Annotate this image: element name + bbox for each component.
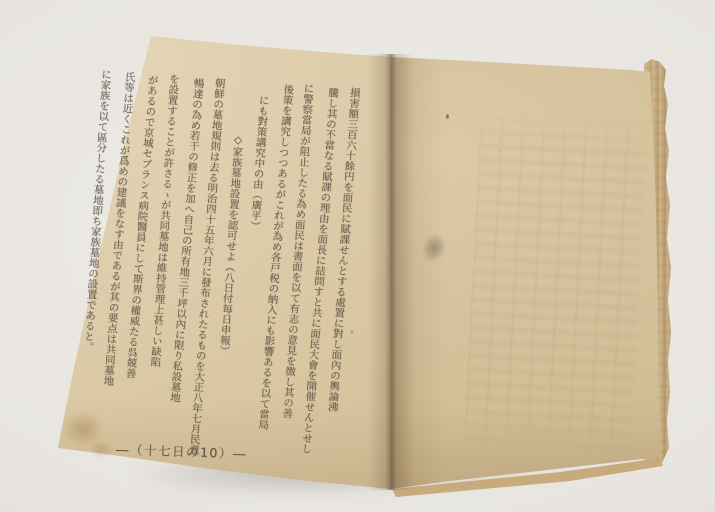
foxing-speck xyxy=(446,114,449,119)
ink-showthrough xyxy=(463,101,650,467)
manuscript-photo: 損害額三百六十餘円を面民に賦課せんとする處置に對し面內の輿論沸 騰し其の不當なる… xyxy=(0,0,715,512)
book-spine-gutter xyxy=(368,54,414,490)
manuscript-text-block: 損害額三百六十餘円を面民に賦課せんとする處置に對し面內の輿論沸 騰し其の不當なる… xyxy=(35,67,366,485)
